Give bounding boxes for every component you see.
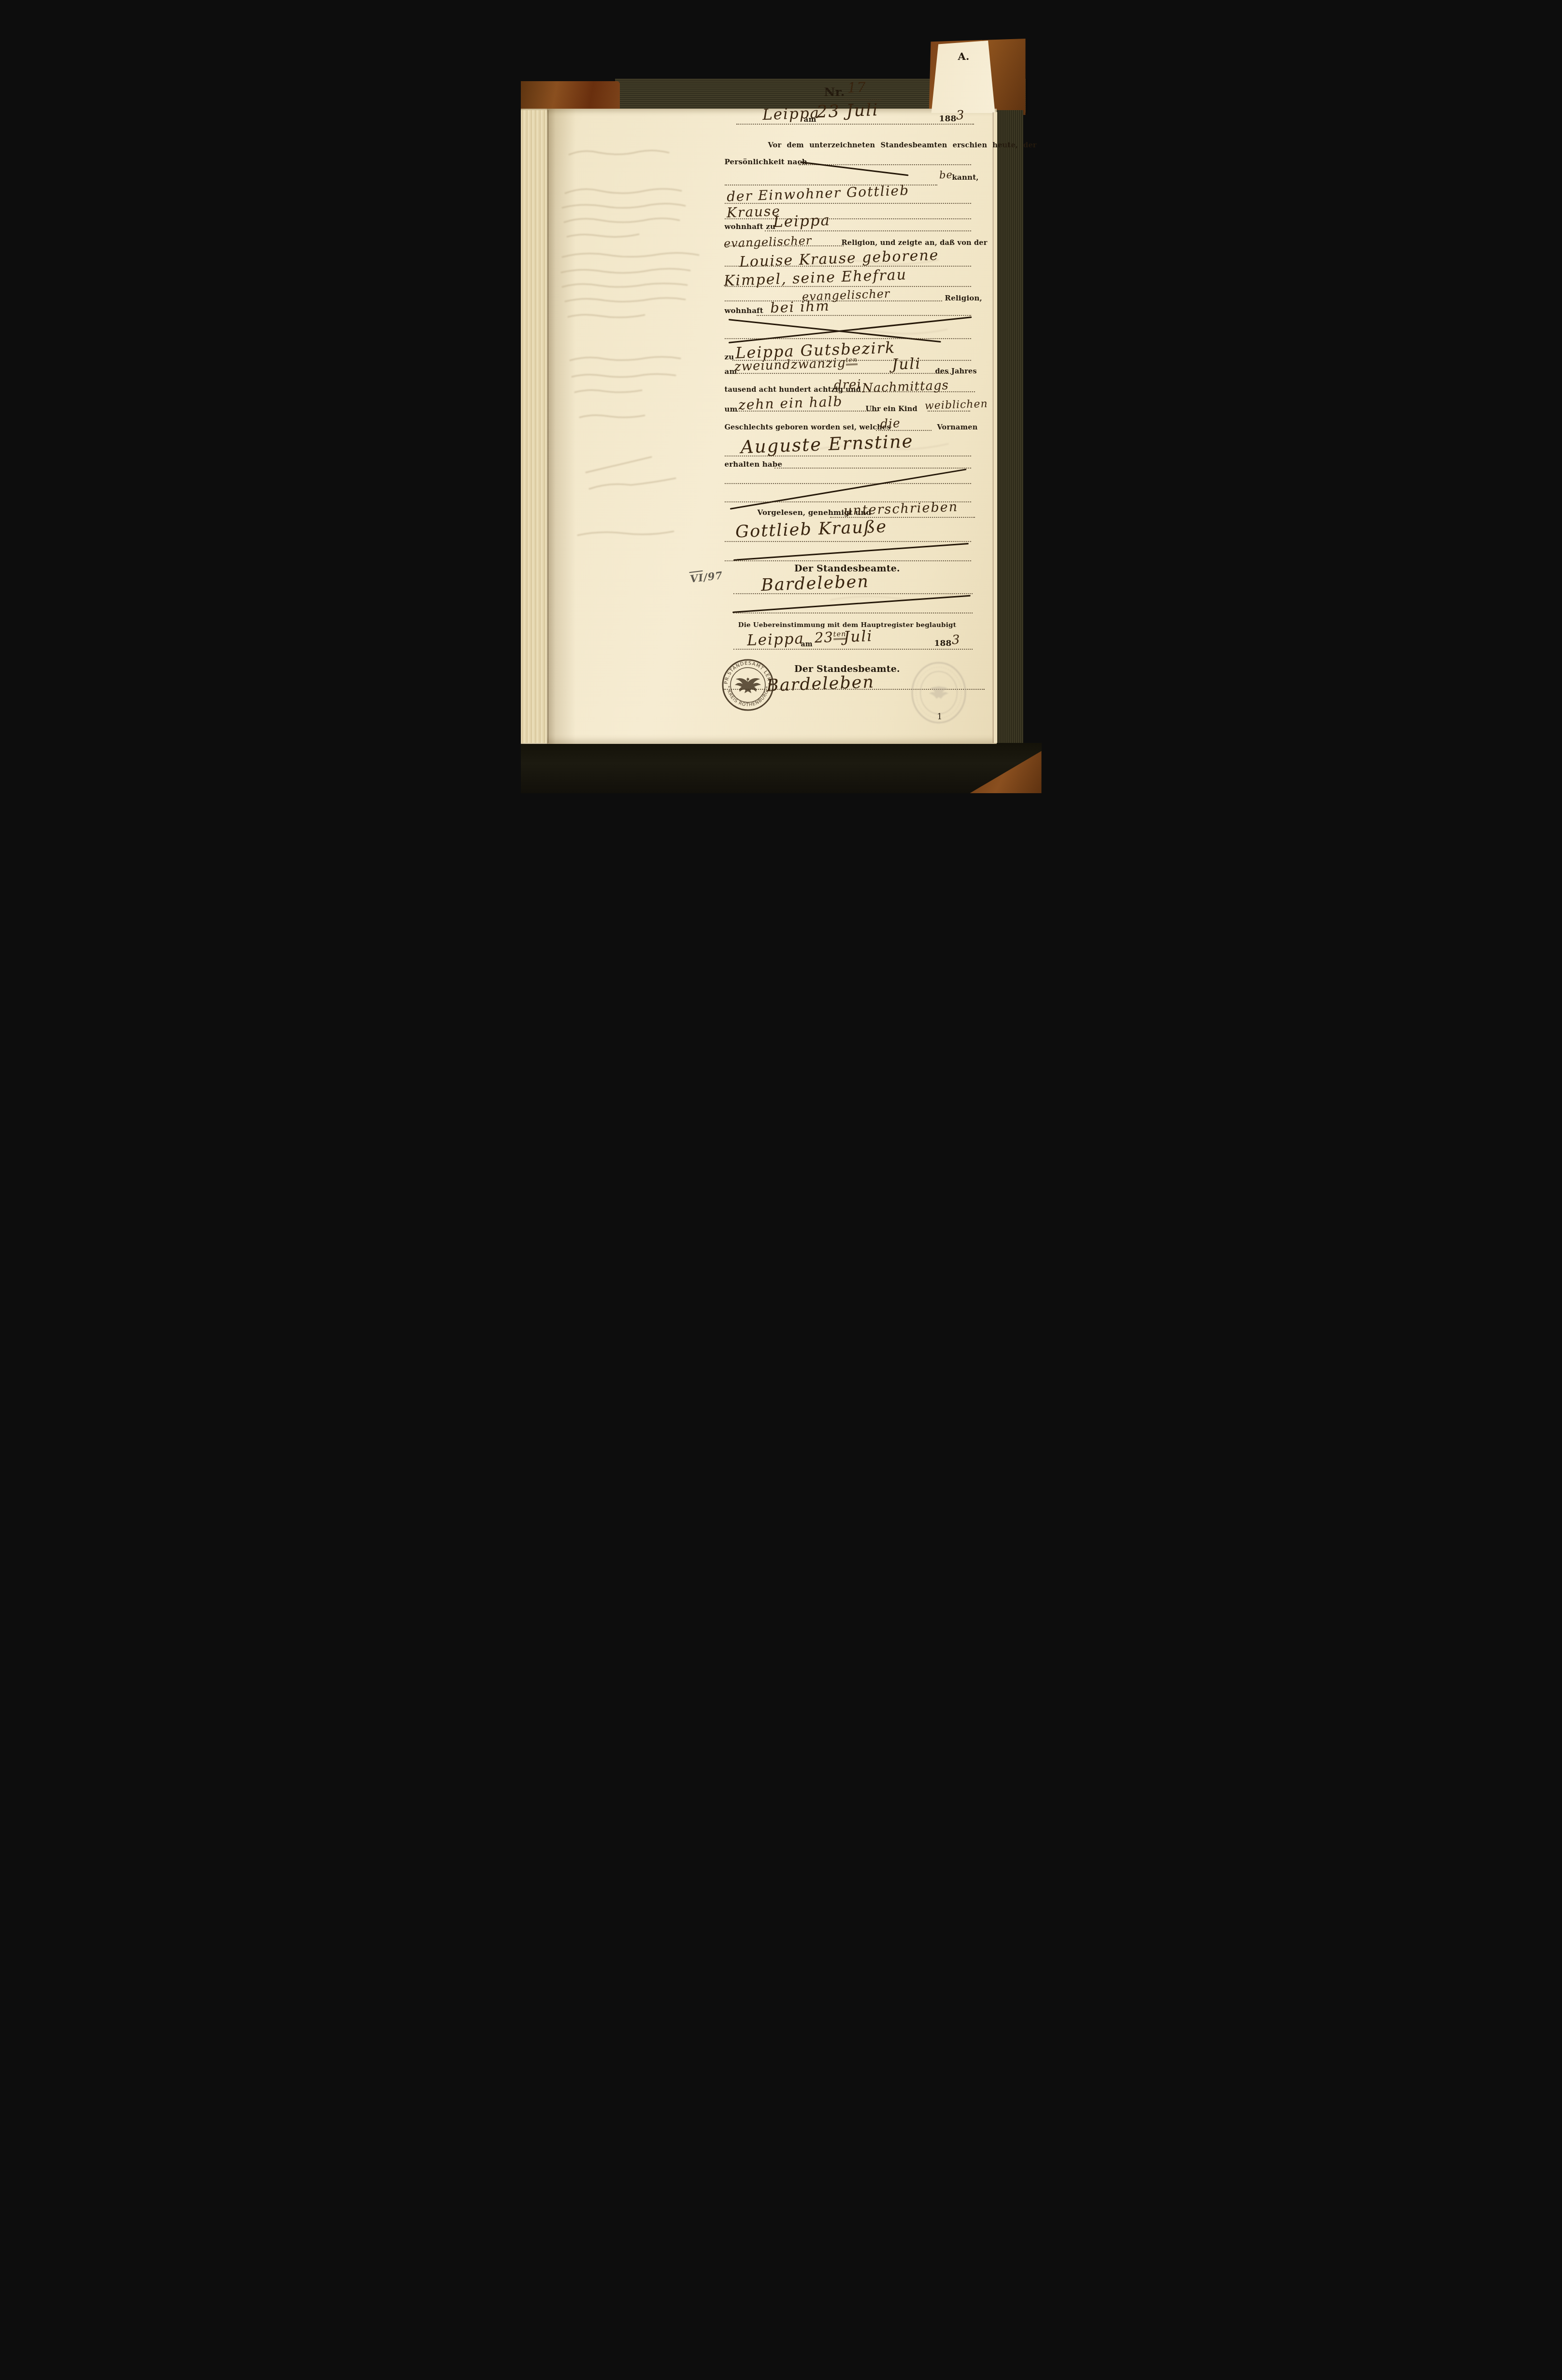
dotted-line (757, 315, 971, 316)
wohnhaft-zu-label: wohnhaft zu (725, 222, 776, 231)
archive-mark-rest: /97 (702, 569, 723, 584)
dotted-line (725, 218, 971, 219)
dateline-year-printed: 188 (939, 114, 957, 124)
birthmonth-value: Juli (891, 355, 921, 373)
um-label: um (725, 405, 738, 413)
cert-day: 23ten (814, 628, 846, 646)
dotted-line (733, 649, 973, 650)
dotted-line (774, 468, 971, 469)
book-cover-cloth-right (997, 110, 1023, 748)
cert-month: Juli (843, 627, 873, 646)
prussian-eagle-icon (735, 677, 761, 693)
wohnhaft-zu-value: Leippa (773, 212, 831, 231)
dotted-line (733, 613, 973, 613)
intro-line: Vor dem unterzeichneten Standesbeamten e… (768, 141, 1037, 149)
cert-year-printed: 188 (934, 639, 952, 648)
dotted-line (725, 483, 971, 484)
dotted-line (725, 266, 971, 267)
article-hand: die (880, 416, 901, 430)
vornamen-printed: Vornamen (937, 423, 978, 431)
geschlechts-printed: Geschlechts geboren worden sei, welches (725, 423, 891, 431)
dateline-am: am (804, 115, 817, 124)
cert-day-number: 23 (814, 629, 833, 646)
dotted-line (736, 124, 974, 125)
religion2-printed: Religion, (945, 294, 983, 302)
book-leather-spine-edge (521, 81, 620, 111)
bekannt-printed: kannt, (952, 173, 979, 182)
uhr-printed: Uhr ein Kind (866, 405, 917, 413)
record-number-value: 17 (847, 79, 866, 96)
religion1-printed: Religion, und zeigte an, daß von der (842, 239, 988, 247)
sex-value: weiblichen (924, 398, 988, 413)
scanned-registry-page: A. Nr. 17 Leippa am 23 Juli 188 3 Vor de… (521, 0, 1042, 793)
official-signature-1: Bardeleben (760, 572, 869, 595)
cert-am: am (801, 641, 813, 648)
daytime-hand: Nachmittags (861, 378, 949, 396)
dotted-line (725, 541, 971, 542)
section-letter: A. (958, 50, 970, 62)
dateline-date: 23 Juli (816, 100, 879, 122)
dotted-line (725, 245, 844, 246)
dotted-line (725, 560, 971, 561)
erhalten-printed: erhalten habe (725, 460, 783, 469)
record-number-label: Nr. (824, 85, 845, 99)
dotted-line (830, 517, 975, 518)
des-jahres-label: des Jahres (935, 367, 977, 375)
beglaubigt-line: Die Uebereinstimmung mit dem Hauptregist… (724, 621, 971, 629)
dotted-line (832, 391, 975, 392)
book-bottom-edge (521, 743, 1042, 793)
bekannt-hand: be (939, 169, 953, 181)
year-hand: drei (833, 377, 861, 393)
wohnhaft2-label: wohnhaft (725, 306, 763, 315)
dotted-line (737, 411, 877, 412)
cert-place: Leippa (746, 630, 804, 649)
archive-mark-vi: VI (689, 570, 704, 585)
cert-year-hand: 3 (951, 633, 960, 648)
dotted-line (725, 456, 971, 456)
dotted-line (733, 593, 973, 594)
standesamt-stamp: K.PR.STANDESAMT LEIPPA * KREIS ROTHENBUR… (721, 658, 775, 712)
birthday-suffix: ten (845, 356, 858, 366)
dotted-line (765, 230, 971, 231)
page-number: 1 (937, 712, 943, 722)
wohnhaft2-value: bei ihm (770, 298, 830, 316)
dotted-line (725, 286, 971, 287)
dotted-line (725, 300, 942, 301)
dotted-line (733, 373, 951, 374)
dateline-year-hand: 3 (956, 108, 965, 123)
dotted-line (928, 411, 970, 412)
official-signature-2: Bardeleben (766, 672, 874, 696)
dotted-line (725, 338, 971, 339)
persoenlichkeit-label: Persönlichkeit nach (725, 157, 807, 166)
